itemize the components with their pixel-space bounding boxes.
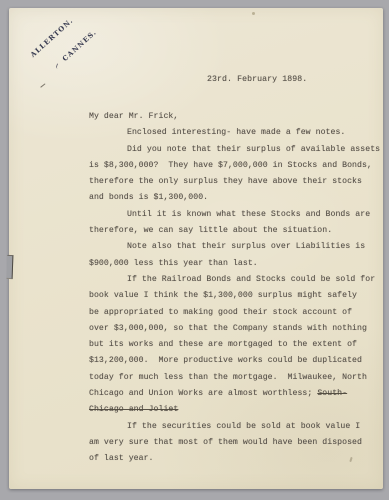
letter-date: 23rd. February 1898. xyxy=(207,75,307,84)
letter-text: If the Railroad Bonds and Stocks could b… xyxy=(127,275,375,284)
letter-line: but its works and these are mortgaged to… xyxy=(89,337,381,353)
letter-text: Enclosed interesting- have made a few no… xyxy=(127,128,345,137)
paper-speck xyxy=(252,12,255,15)
letter-text: be appropriated to making good their sto… xyxy=(89,308,352,317)
letter-line: $13,200,000. More productive works could… xyxy=(89,353,381,369)
letter-text: book value I think the $1,300,000 surplu… xyxy=(89,291,357,300)
letter-text: Until it is known what these Stocks and … xyxy=(127,210,370,219)
letter-line: If the securities could be sold at book … xyxy=(89,419,381,435)
letter-text: Note also that their surplus over Liabil… xyxy=(127,242,365,251)
letter-text: therefore the only surplus they have abo… xyxy=(89,177,362,186)
struck-out-text: Chicago and Joliet xyxy=(89,405,178,414)
letter-text: am very sure that most of them would hav… xyxy=(89,438,362,447)
letter-line: My dear Mr. Frick, xyxy=(89,109,381,125)
letter-paper: ALLERTON. CANNES. 23rd. February 1898. M… xyxy=(9,8,383,489)
letter-text: Chicago and Union Works are almost worth… xyxy=(89,389,317,398)
scanned-letter-page: { "colors":{ "bg":"#a8a8ac", "paper":"#e… xyxy=(0,0,389,500)
letter-text: and bonds is $1,300,000. xyxy=(89,193,208,202)
letter-text: $13,200,000. More productive works could… xyxy=(89,356,362,365)
letter-line: of last year. xyxy=(89,451,381,467)
letter-body: My dear Mr. Frick,Enclosed interesting- … xyxy=(89,109,381,468)
letter-line: today for much less than the mortgage. M… xyxy=(89,370,381,386)
letter-line: If the Railroad Bonds and Stocks could b… xyxy=(89,272,381,288)
letter-text: over $3,000,000, so that the Company sta… xyxy=(89,324,367,333)
letter-line: therefore the only surplus they have abo… xyxy=(89,174,381,190)
letter-line: $900,000 less this year than last. xyxy=(89,256,381,272)
letter-line: Chicago and Union Works are almost worth… xyxy=(89,386,381,402)
pen-mark xyxy=(40,83,46,88)
letter-text: today for much less than the mortgage. M… xyxy=(89,373,367,382)
letter-text: If the securities could be sold at book … xyxy=(127,422,360,431)
letter-text: therefore, we can say little about the s… xyxy=(89,226,332,235)
letter-line: book value I think the $1,300,000 surplu… xyxy=(89,288,381,304)
letter-line: am very sure that most of them would hav… xyxy=(89,435,381,451)
letter-text: $900,000 less this year than last. xyxy=(89,259,258,268)
letter-line: Chicago and Joliet xyxy=(89,402,381,418)
letter-line: Enclosed interesting- have made a few no… xyxy=(89,125,381,141)
letter-line: is $8,300,000? They have $7,000,000 in S… xyxy=(89,158,381,174)
letterhead-stamp-line-2: CANNES. xyxy=(61,28,98,63)
pen-mark xyxy=(55,63,61,69)
letter-text: Did you note that their surplus of avail… xyxy=(127,145,380,154)
letter-text: is $8,300,000? They have $7,000,000 in S… xyxy=(89,161,372,170)
letter-line: Did you note that their surplus of avail… xyxy=(89,142,381,158)
letter-text: of last year. xyxy=(89,454,154,463)
letter-line: and bonds is $1,300,000. xyxy=(89,190,381,206)
letter-text: My dear Mr. Frick, xyxy=(89,112,178,121)
struck-out-text: South- xyxy=(317,389,347,398)
letter-line: therefore, we can say little about the s… xyxy=(89,223,381,239)
letter-text: but its works and these are mortgaged to… xyxy=(89,340,357,349)
letter-line: be appropriated to making good their sto… xyxy=(89,305,381,321)
letter-line: Until it is known what these Stocks and … xyxy=(89,207,381,223)
paper-edge-tear xyxy=(7,255,14,279)
letter-line: over $3,000,000, so that the Company sta… xyxy=(89,321,381,337)
letter-line: Note also that their surplus over Liabil… xyxy=(89,239,381,255)
